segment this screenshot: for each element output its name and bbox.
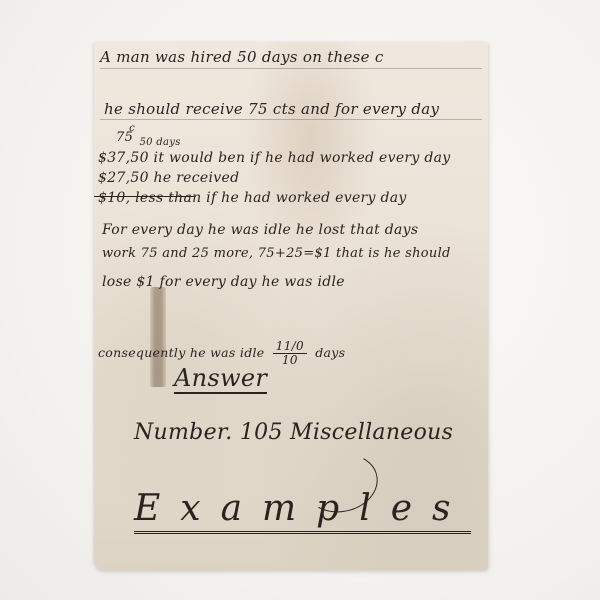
manuscript-line-5: $10, less than if he had worked every da… [98, 190, 407, 206]
ruled-line [100, 119, 482, 120]
fraction-numerator: 11/0 [273, 340, 307, 354]
answer-label: Answer [174, 364, 267, 392]
manuscript-line-3: $37,50 it would ben if he had worked eve… [98, 150, 451, 166]
conclusion-fraction: 11/0 10 [273, 340, 307, 367]
fraction-denominator: 10 [282, 353, 298, 367]
fraction-sup: c [129, 123, 135, 134]
examples-heading: Examples [134, 488, 471, 529]
manuscript-line-1: A man was hired 50 days on these c [100, 48, 384, 66]
manuscript-line-7: work 75 and 25 more, 75+25=$1 that is he… [102, 246, 451, 261]
manuscript-page: A man was hired 50 days on these c he sh… [94, 42, 488, 570]
conclusion-suffix: days [315, 345, 345, 360]
ruled-line [100, 68, 482, 69]
paper-stain [150, 287, 166, 387]
manuscript-line-4: $27,50 he received [98, 170, 239, 186]
fraction-note: 75c 50 days [116, 130, 181, 145]
fraction-denominator: 50 days [140, 137, 181, 148]
manuscript-line-8: lose $1 for every day he was idle [102, 274, 345, 290]
manuscript-line-2: he should receive 75 cts and for every d… [104, 100, 439, 118]
fraction-whole: 7 [116, 130, 125, 145]
conclusion-prefix: consequently he was idle [98, 345, 265, 360]
answer-text: Answer [174, 364, 267, 394]
heading-number: Number. 105 Miscellaneous [134, 420, 453, 445]
examples-text: Examples [134, 488, 471, 534]
manuscript-line-6: For every day he was idle he lost that d… [102, 222, 418, 238]
conclusion-line: consequently he was idle 11/0 10 days [98, 340, 345, 367]
